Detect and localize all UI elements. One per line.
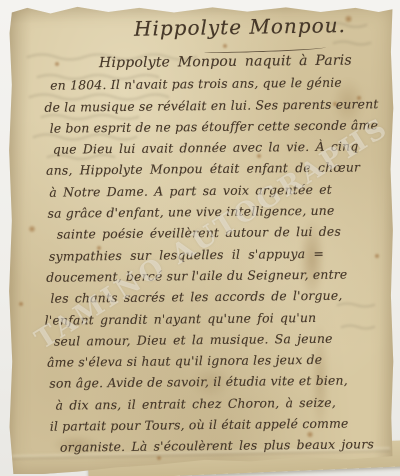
manuscript-line: les chants sacrés et les accords de l'or… [50, 285, 380, 310]
manuscript-title: Hippolyte Monpou. [134, 13, 334, 40]
foxing-spot [18, 301, 24, 307]
manuscript-body: Hippolyte Monpou naquit à Paris en 1804.… [42, 50, 382, 458]
manuscript-line: en 1804. Il n'avait pas trois ans, que l… [50, 72, 378, 97]
manuscript-page: Hippolyte Monpou. Hippolyte Monpou naqui… [8, 5, 394, 474]
photo-background: Hippolyte Monpou. Hippolyte Monpou naqui… [0, 0, 400, 476]
manuscript-line: seul amour, Dieu et la musique. Sa jeune [54, 327, 381, 352]
manuscript-line: sainte poésie éveillèrent autour de lui … [57, 221, 380, 246]
foxing-spot [28, 225, 36, 233]
manuscript-line: Hippolyte Monpou naquit à Paris [99, 50, 378, 74]
manuscript-line: organiste. Là s'écoulèrent les plus beau… [60, 434, 382, 459]
